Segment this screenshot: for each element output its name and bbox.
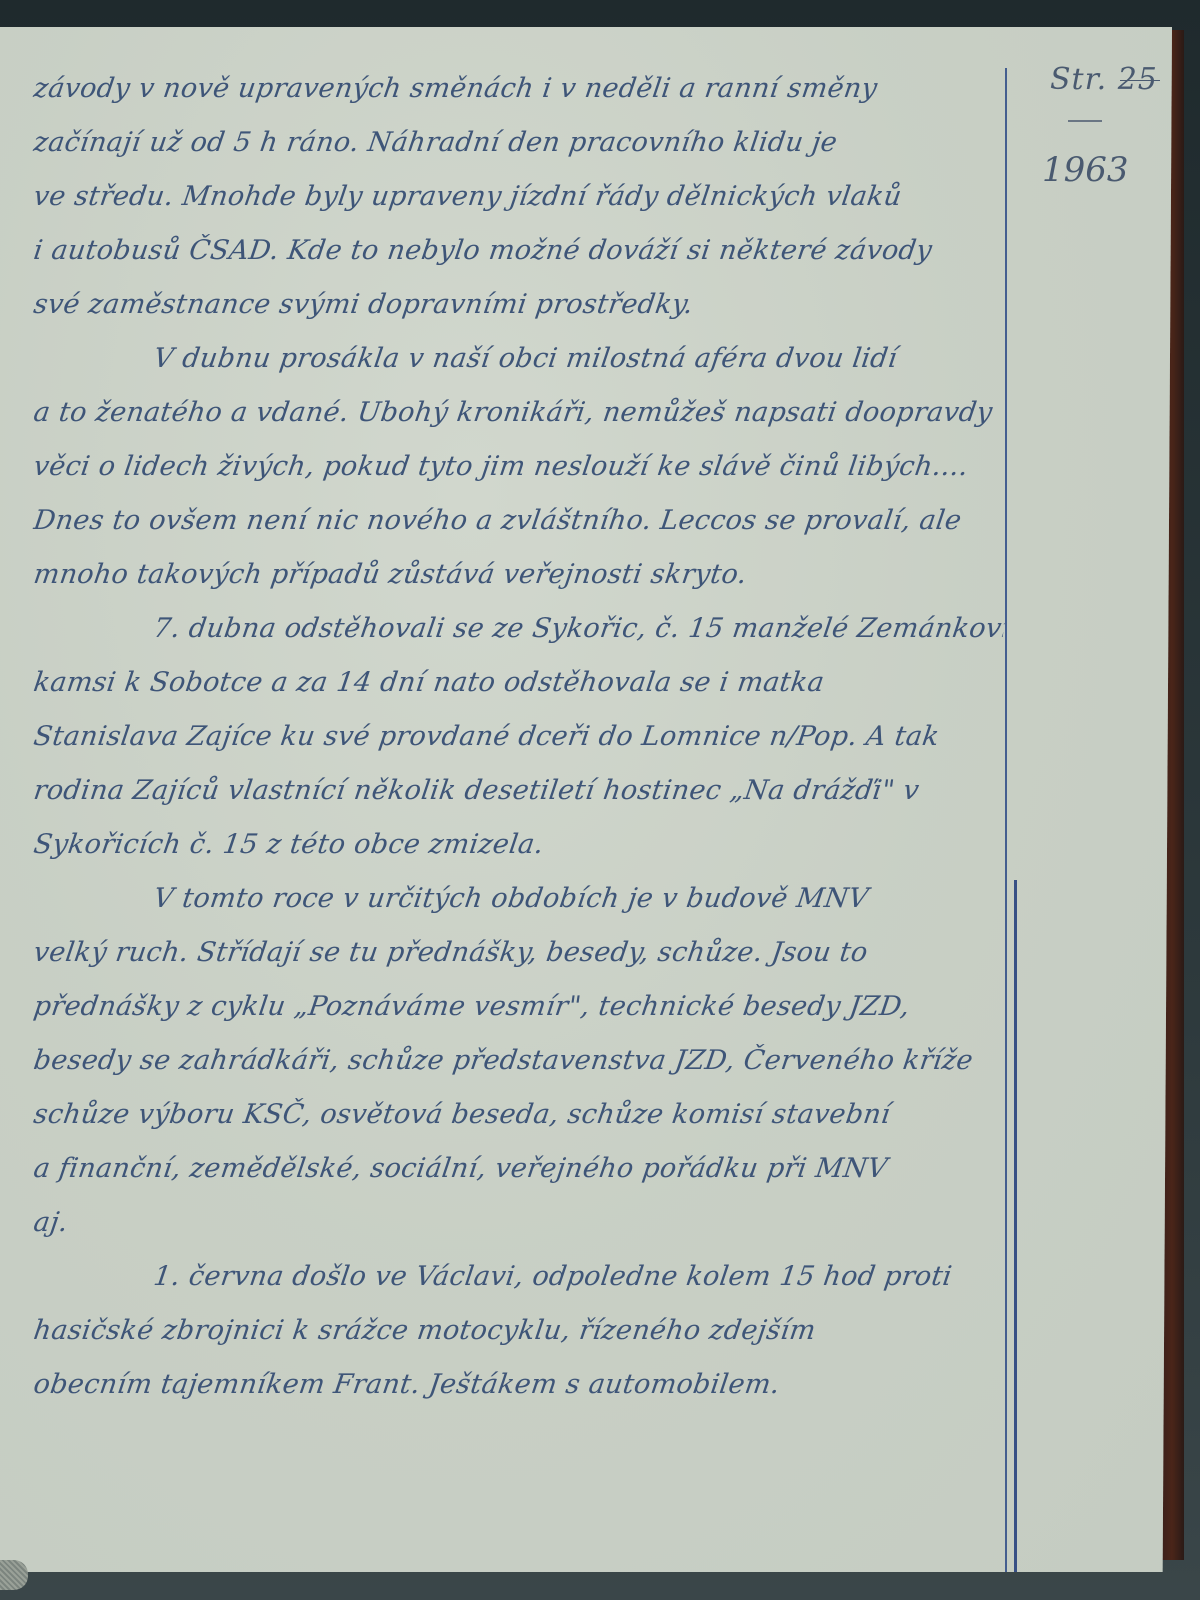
text-line: 7. dubna odstěhovali se ze Sykořic, č. 1… [30,602,1008,656]
text-line: aj. [30,1196,1008,1250]
text-line: závody v nově upravených směnách i v ned… [30,62,1008,116]
text-line: své zaměstnance svými dopravními prostře… [30,278,1008,332]
text-line: besedy se zahrádkáři, schůze představens… [30,1034,1008,1088]
paragraph: 7. dubna odstěhovali se ze Sykořic, č. 1… [30,602,1000,872]
scan-scene: Str. 25 1963 závody v nově upravených sm… [0,0,1200,1600]
margin-rule-overdraw [1014,880,1017,1572]
text-line: přednášky z cyklu „Poznáváme vesmír", te… [30,980,1008,1034]
bookmark-ribbon [0,1560,28,1590]
text-line: schůze výboru KSČ, osvětová beseda, schů… [30,1088,1008,1142]
text-line: V dubnu prosákla v naší obci milostná af… [30,332,1008,386]
text-line: kamsi k Sobotce a za 14 dní nato odstěho… [30,656,1008,710]
text-line: Dnes to ovšem není nic nového a zvláštní… [30,494,1008,548]
text-line: Sykořicích č. 15 z této obce zmizela. [30,818,1008,872]
text-line: mnoho takových případů zůstává veřejnost… [30,548,1008,602]
text-line: 1. června došlo ve Václavi, odpoledne ko… [30,1250,1008,1304]
page-number-label: Str. 25 [1050,62,1158,97]
text-line: a finanční, zemědělské, sociální, veřejn… [30,1142,1008,1196]
text-line: začínají už od 5 h ráno. Náhradní den pr… [30,116,1008,170]
paragraph: V dubnu prosákla v naší obci milostná af… [30,332,1000,602]
margin-separator [1068,120,1102,122]
text-line: rodina Zajíců vlastnící několik desetile… [30,764,1008,818]
text-line: velký ruch. Střídají se tu přednášky, be… [30,926,1008,980]
text-line: V tomto roce v určitých obdobích je v bu… [30,872,1008,926]
paragraph: V tomto roce v určitých obdobích je v bu… [30,872,1000,1250]
text-line: hasičské zbrojnici k srážce motocyklu, ř… [30,1304,1008,1358]
text-line: věci o lidech živých, pokud tyto jim nes… [30,440,1008,494]
text-line: obecním tajemníkem Frant. Ještákem s aut… [30,1358,1008,1412]
year-label: 1963 [1042,150,1129,190]
text-line: Stanislava Zajíce ku své provdané dceři … [30,710,1008,764]
text-line: ve středu. Mnohde byly upraveny jízdní ř… [30,170,1008,224]
text-line: a to ženatého a vdané. Ubohý kronikáři, … [30,386,1008,440]
text-line: i autobusů ČSAD. Kde to nebylo možné dov… [30,224,1008,278]
paragraph: závody v nově upravených směnách i v ned… [30,62,1000,332]
handwritten-text-body: závody v nově upravených směnách i v ned… [30,62,1000,1412]
paragraph: 1. června došlo ve Václavi, odpoledne ko… [30,1250,1000,1412]
